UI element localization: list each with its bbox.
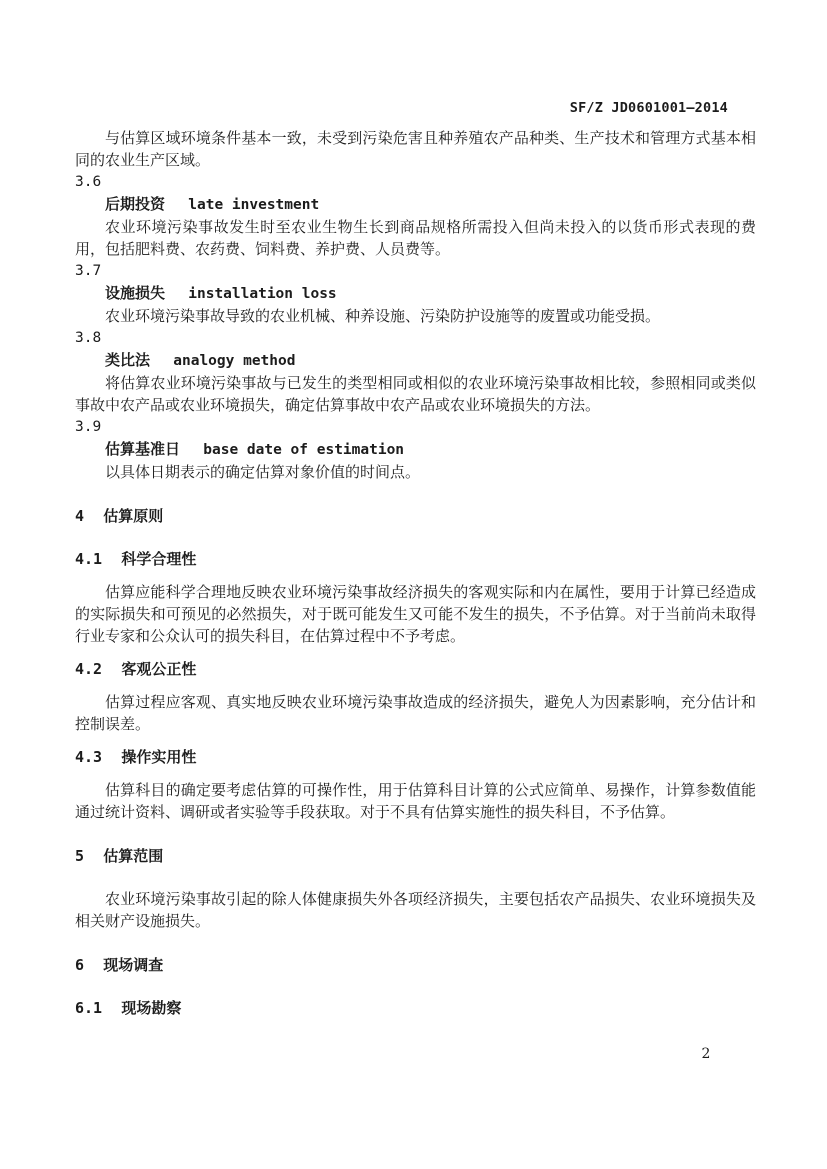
section-number: 4.3 [75, 748, 102, 766]
clause-number: 3.8 [75, 327, 756, 349]
term-name-en: base date of estimation [203, 442, 404, 458]
term-definition: 农业环境污染事故发生时至农业生物生长到商品规格所需投入但尚未投入的以货币形式表现… [75, 216, 756, 260]
term-name-zh: 设施损失 [105, 284, 165, 302]
term-name-zh: 后期投资 [105, 195, 165, 213]
section-number: 6.1 [75, 999, 102, 1017]
term-block-3-8: 3.8 类比法 analogy method 将估算农业环境污染事故与已发生的类… [75, 327, 756, 416]
term-name-en: late investment [188, 197, 319, 213]
section-number: 5 [75, 847, 84, 865]
section-paragraph: 农业环境污染事故引起的除人体健康损失外各项经济损失，主要包括农产品损失、农业环境… [75, 888, 756, 932]
section-paragraph: 估算科目的确定要考虑估算的可操作性，用于估算科目计算的公式应简单、易操作，计算参… [75, 779, 756, 823]
term-name-zh: 类比法 [105, 351, 150, 369]
term-title: 后期投资 late investment [75, 193, 756, 216]
term-block-3-6: 3.6 后期投资 late investment 农业环境污染事故发生时至农业生… [75, 171, 756, 260]
clause-number: 3.6 [75, 171, 756, 193]
clause-number: 3.7 [75, 260, 756, 282]
term-title: 类比法 analogy method [75, 349, 756, 372]
term-block-3-7: 3.7 设施损失 installation loss 农业环境污染事故导致的农业… [75, 260, 756, 327]
section-heading-6-1: 6.1 现场勘察 [75, 997, 756, 1019]
document-body: 与估算区域环境条件基本一致，未受到污染危害且种养殖农产品种类、生产技术和管理方式… [75, 127, 756, 1030]
section-heading-6: 6 现场调查 [75, 954, 756, 976]
term-name-en: analogy method [173, 353, 295, 369]
section-heading-4-1: 4.1 科学合理性 [75, 548, 756, 570]
section-heading-4-3: 4.3 操作实用性 [75, 746, 756, 768]
term-definition: 农业环境污染事故导致的农业机械、种养设施、污染防护设施等的废置或功能受损。 [75, 305, 756, 327]
section-title: 客观公正性 [121, 660, 196, 678]
section-title: 操作实用性 [121, 748, 196, 766]
section-paragraph: 估算应能科学合理地反映农业环境污染事故经济损失的客观实际和内在属性，要用于计算已… [75, 581, 756, 647]
clause-number: 3.9 [75, 416, 756, 438]
standard-number: SF/Z JD0601001—2014 [570, 100, 728, 116]
section-title: 现场调查 [103, 956, 163, 974]
term-title: 设施损失 installation loss [75, 282, 756, 305]
paragraph-definition-continued: 与估算区域环境条件基本一致，未受到污染危害且种养殖农产品种类、生产技术和管理方式… [75, 127, 756, 171]
document-page: SF/Z JD0601001—2014 与估算区域环境条件基本一致，未受到污染危… [0, 0, 827, 1169]
term-title: 估算基准日 base date of estimation [75, 438, 756, 461]
page-header: SF/Z JD0601001—2014 [0, 97, 728, 116]
section-heading-5: 5 估算范围 [75, 845, 756, 867]
term-block-3-9: 3.9 估算基准日 base date of estimation 以具体日期表… [75, 416, 756, 483]
page-number: 2 [702, 1046, 711, 1062]
section-number: 4.2 [75, 660, 102, 678]
page-footer: 2 [656, 1046, 756, 1062]
section-number: 6 [75, 956, 84, 974]
section-heading-4: 4 估算原则 [75, 505, 756, 527]
section-title: 估算原则 [103, 507, 163, 525]
term-definition: 以具体日期表示的确定估算对象价值的时间点。 [75, 461, 756, 483]
section-number: 4.1 [75, 550, 102, 568]
term-name-en: installation loss [188, 286, 336, 302]
section-title: 估算范围 [103, 847, 163, 865]
section-title: 科学合理性 [121, 550, 196, 568]
section-title: 现场勘察 [121, 999, 181, 1017]
section-paragraph: 估算过程应客观、真实地反映农业环境污染事故造成的经济损失，避免人为因素影响，充分… [75, 691, 756, 735]
term-definition: 将估算农业环境污染事故与已发生的类型相同或相似的农业环境污染事故相比较，参照相同… [75, 372, 756, 416]
term-name-zh: 估算基准日 [105, 440, 180, 458]
section-heading-4-2: 4.2 客观公正性 [75, 658, 756, 680]
section-number: 4 [75, 507, 84, 525]
